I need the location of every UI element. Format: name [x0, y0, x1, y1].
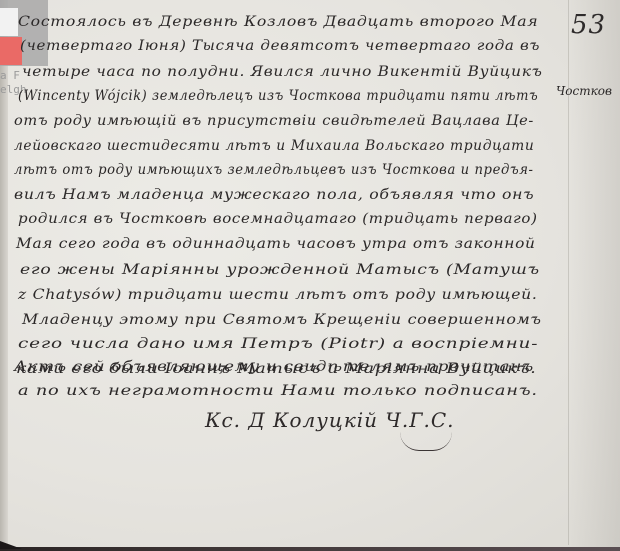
record-line-6: лейовскаго шестидесяти лѣтъ и Михаила Во… [14, 138, 534, 154]
record-line-10: Мая сего года въ одиннадцать часовъ утра… [16, 236, 536, 252]
page-number: 53 [571, 10, 606, 40]
priest-signature: Кс. Д Колуцкій Ч.Г.С. [205, 408, 454, 432]
watermark-logo [0, 0, 48, 66]
record-line-14: сего числа дано имя Петръ (Piotr) а восп… [18, 336, 538, 352]
record-line-12: z Chatysów) тридцати шести лѣтъ отъ роду… [18, 287, 538, 303]
record-line-17: а по ихъ неграмотности Нами только подпи… [18, 383, 538, 399]
record-line-4: (Wincenty Wójcik) земледѣлецъ изъ Чостко… [18, 88, 538, 104]
record-line-3: четыре часа по полудни. Явился лично Вик… [22, 64, 543, 80]
margin-rule [568, 0, 569, 545]
signature-flourish [400, 432, 452, 451]
record-line-5: отъ роду имѣющій въ присутствіи свидѣтел… [14, 113, 534, 129]
page-edge-shadow [570, 0, 620, 551]
record-line-13: Младенцу этому при Святомъ Крещеніи сове… [22, 312, 542, 328]
document-page: a F elgh 53 Чостков Состоялось въ Деревн… [0, 0, 620, 551]
record-line-7: лѣтъ отъ роду имѣющихъ земледѣльцевъ изъ… [14, 162, 534, 178]
record-line-9: родился въ Чостковѣ восемнадцатаго (трид… [18, 211, 538, 227]
record-line-8: вилъ Намъ младенца мужескаго пола, объяв… [14, 187, 534, 203]
logo-white-square [0, 8, 18, 36]
record-line-16: Актъ сей объявляющему и свидѣтелямъ проч… [14, 359, 534, 375]
record-line-1: Состоялось въ Деревнѣ Козловъ Двадцать в… [18, 14, 538, 30]
record-line-11: его жены Маріянны урожденной Матысъ (Мат… [20, 262, 540, 278]
margin-note: Чостков [556, 84, 612, 98]
record-line-2: (четвертаго Іюня) Тысяча девятсотъ четве… [20, 38, 540, 54]
logo-red-square [0, 37, 22, 65]
page-bottom-edge [0, 547, 620, 551]
watermark-text-1: a F [0, 70, 20, 82]
